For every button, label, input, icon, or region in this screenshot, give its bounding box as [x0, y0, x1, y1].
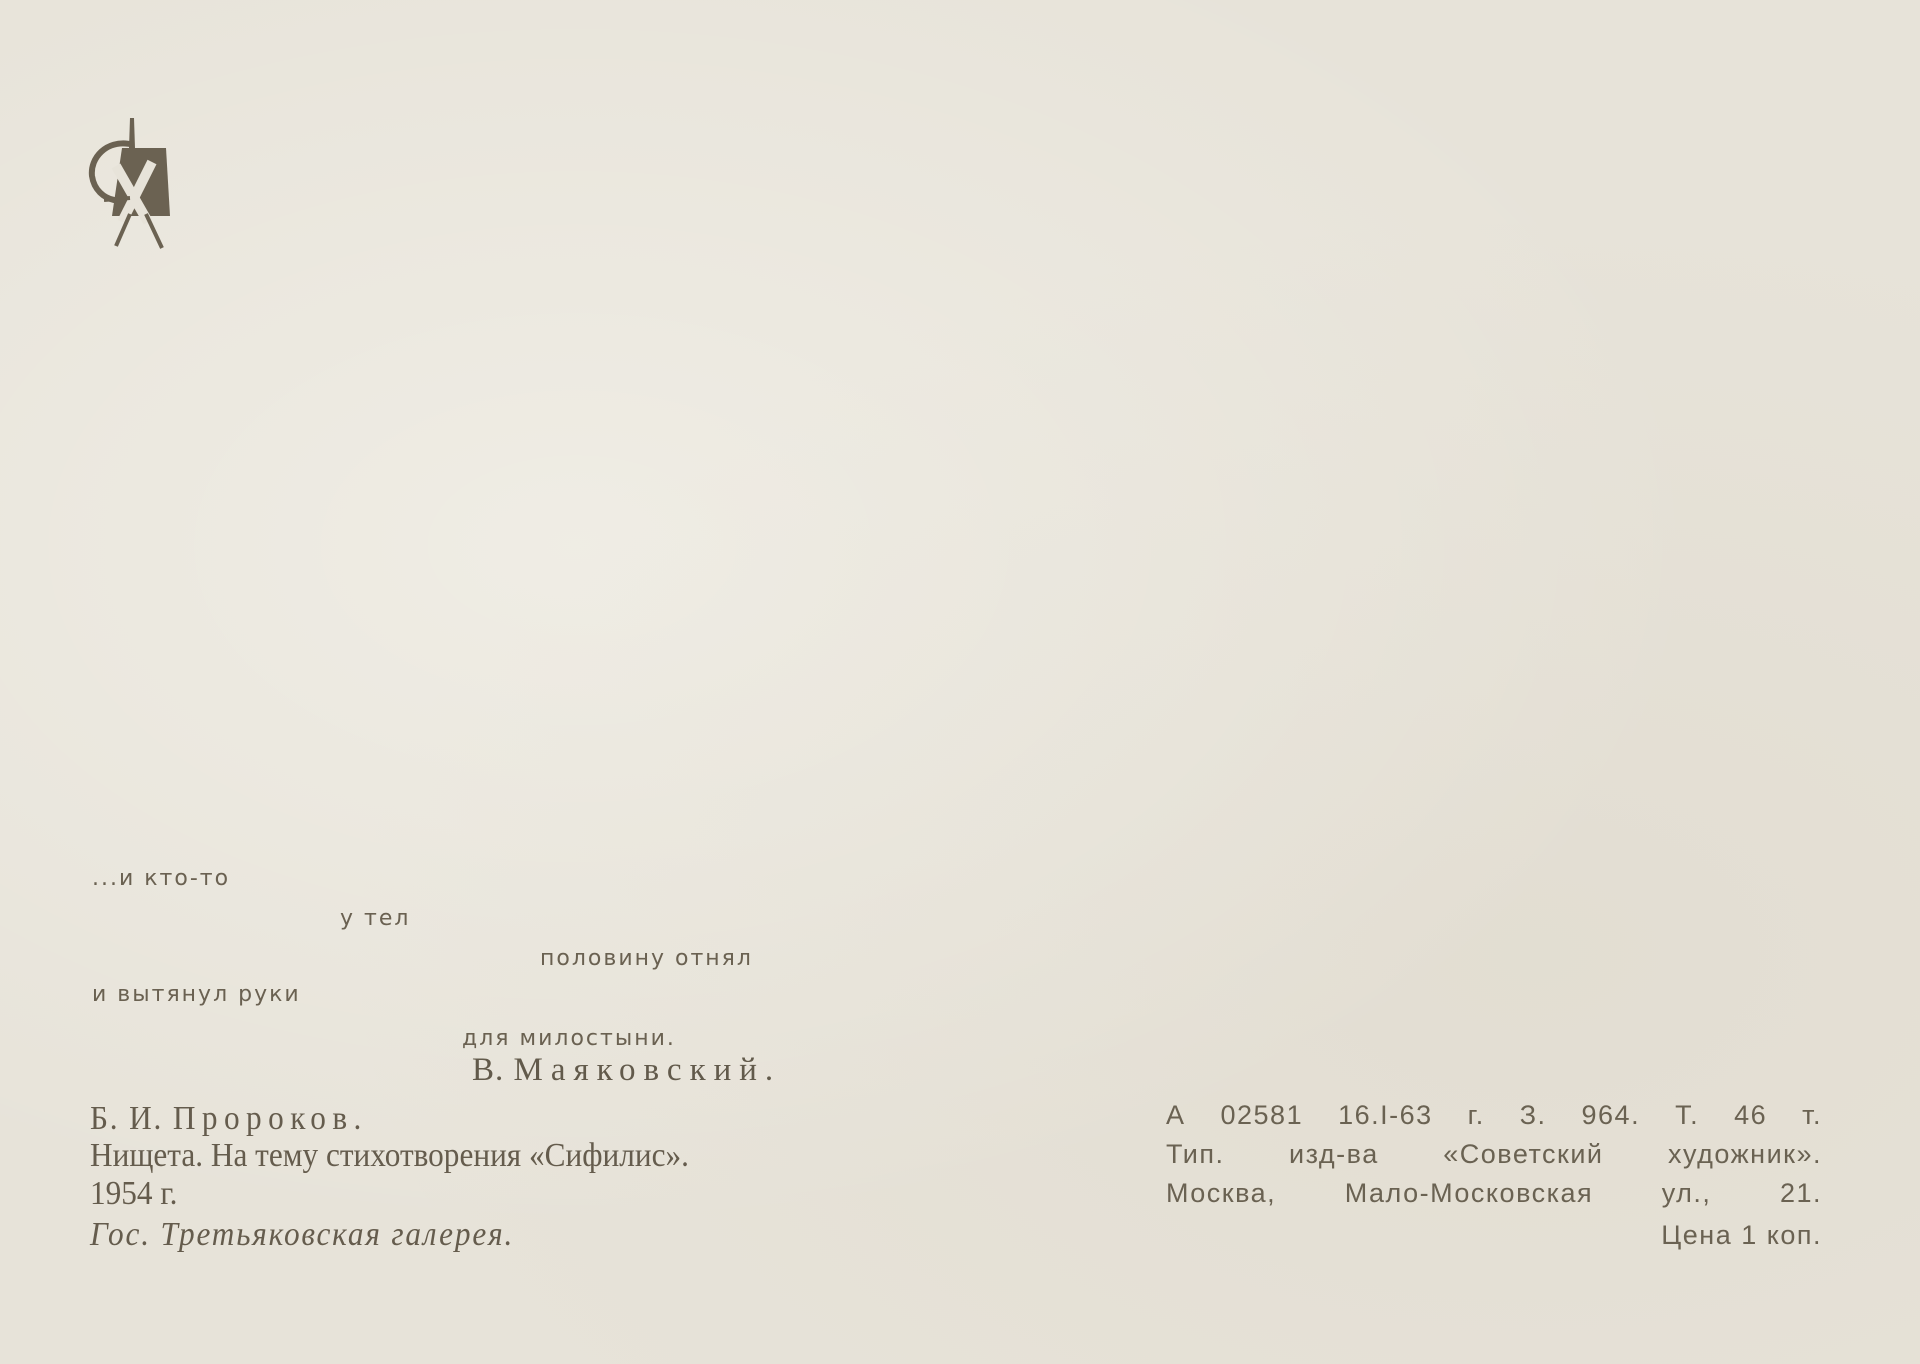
sovetsky-khudozhnik-logo-icon: [86, 118, 176, 250]
imprint-line-3: Москва, Мало-Московская ул., 21.: [1166, 1178, 1822, 1209]
artist-name: Б. И. Пророков.: [90, 1100, 368, 1138]
artwork-title: Нищета. На тему стихотворения «Сифилис».: [90, 1137, 689, 1175]
artwork-collection: Гос. Третьяковская галерея.: [90, 1216, 514, 1254]
artist-initials: Б. И.: [90, 1100, 163, 1137]
imprint-price: Цена 1 коп.: [1661, 1220, 1822, 1251]
poem-author: В. Маяковский.: [472, 1052, 781, 1089]
imprint-line-1: А 02581 16.I-63 г. З. 964. Т. 46 т.: [1166, 1100, 1822, 1131]
author-initial: В.: [472, 1052, 504, 1088]
poem-line-2: у тел: [340, 906, 410, 931]
artist-surname: Пророков.: [173, 1100, 368, 1137]
poem-line-5: для милостыни.: [462, 1026, 676, 1051]
poem-line-3: половину отнял: [540, 946, 753, 971]
publisher-logo: [86, 118, 176, 250]
artwork-year: 1954 г.: [90, 1175, 178, 1213]
poem-line-4: и вытянул руки: [92, 982, 301, 1007]
author-surname: Маяковский.: [514, 1052, 782, 1088]
poem-line-1: ...и кто-то: [92, 866, 230, 891]
imprint-line-2: Тип. изд-ва «Советский художник».: [1166, 1139, 1822, 1170]
